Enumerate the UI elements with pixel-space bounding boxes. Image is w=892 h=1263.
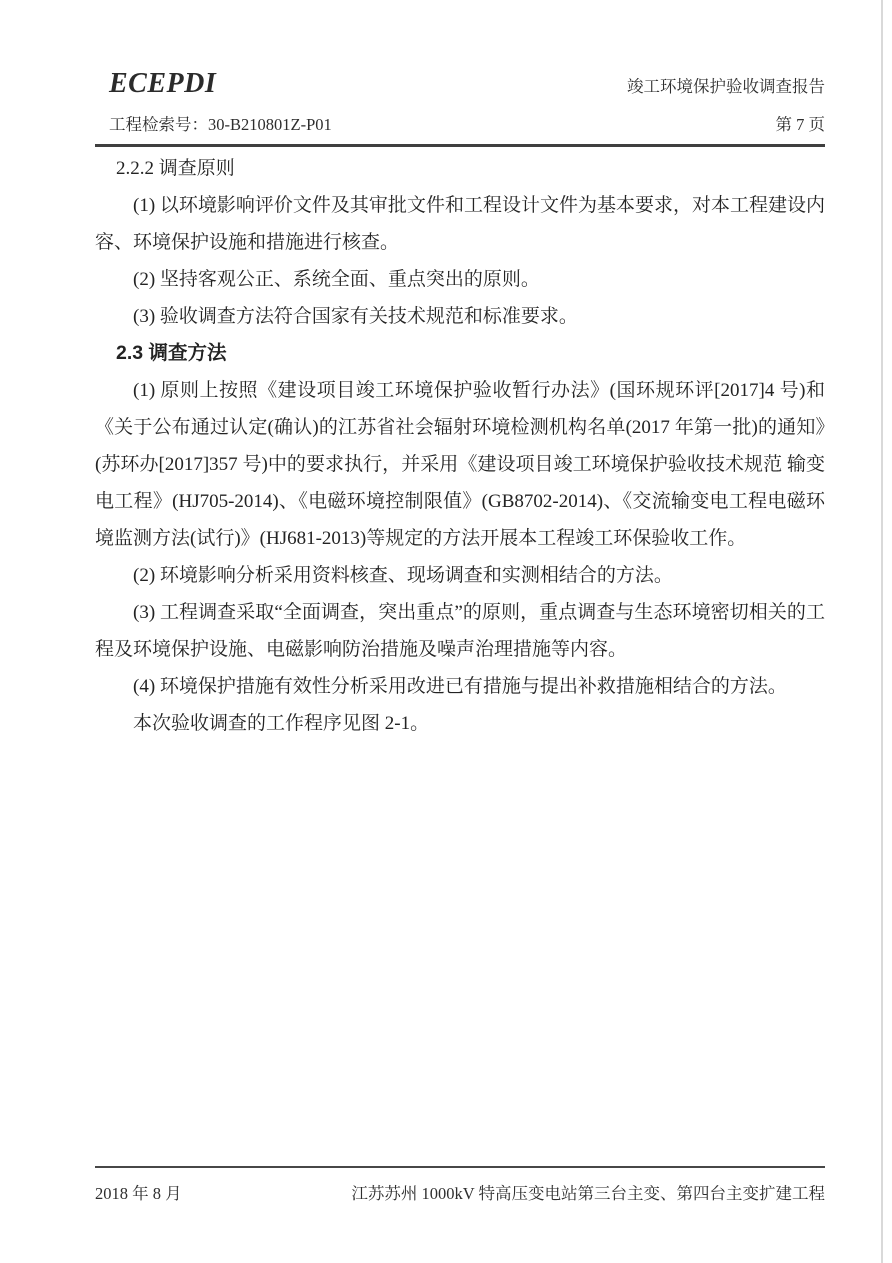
footer-date: 2018 年 8 月 <box>95 1180 182 1204</box>
body-paragraph: (1) 原则上按照《建设项目竣工环境保护验收暂行办法》(国环规环评[2017]4… <box>95 372 825 557</box>
document-body: 2.2.2 调查原则 (1) 以环境影响评价文件及其审批文件和工程设计文件为基本… <box>95 150 825 742</box>
company-logo: ECEPDI <box>109 68 216 100</box>
footer-meta-row: 2018 年 8 月 江苏苏州 1000kV 特高压变电站第三台主变、第四台主变… <box>95 1168 825 1204</box>
body-paragraph: (2) 坚持客观公正、系统全面、重点突出的原则。 <box>95 261 825 298</box>
report-title: 竣工环境保护验收调查报告 <box>627 73 825 97</box>
footer-project-name: 江苏苏州 1000kV 特高压变电站第三台主变、第四台主变扩建工程 <box>351 1180 825 1204</box>
body-paragraph: (4) 环境保护措施有效性分析采用改进已有措施与提出补救措施相结合的方法。 <box>95 668 825 705</box>
header-rule <box>95 144 825 147</box>
header-meta-row: 工程检索号：30-B210801Z-P01 第 7 页 <box>95 111 825 135</box>
section-subheading: 2.2.2 调查原则 <box>95 150 825 187</box>
body-paragraph: (1) 以环境影响评价文件及其审批文件和工程设计文件为基本要求，对本工程建设内容… <box>95 187 825 261</box>
section-heading: 2.3 调查方法 <box>95 335 825 372</box>
body-paragraph: (3) 验收调查方法符合国家有关技术规范和标准要求。 <box>95 298 825 335</box>
page-number: 第 7 页 <box>776 111 826 135</box>
page-content: ECEPDI 竣工环境保护验收调查报告 工程检索号：30-B210801Z-P0… <box>95 0 825 742</box>
page-footer: 2018 年 8 月 江苏苏州 1000kV 特高压变电站第三台主变、第四台主变… <box>95 1166 825 1204</box>
scan-edge-shadow <box>881 0 883 1263</box>
document-page: ECEPDI 竣工环境保护验收调查报告 工程检索号：30-B210801Z-P0… <box>0 0 892 1263</box>
body-paragraph: 本次验收调查的工作程序见图 2-1。 <box>95 705 825 742</box>
page-header: ECEPDI 竣工环境保护验收调查报告 <box>95 0 825 100</box>
project-index-number: 工程检索号：30-B210801Z-P01 <box>109 111 332 135</box>
body-paragraph: (3) 工程调查采取“全面调查，突出重点”的原则，重点调查与生态环境密切相关的工… <box>95 594 825 668</box>
body-paragraph: (2) 环境影响分析采用资料核查、现场调查和实测相结合的方法。 <box>95 557 825 594</box>
